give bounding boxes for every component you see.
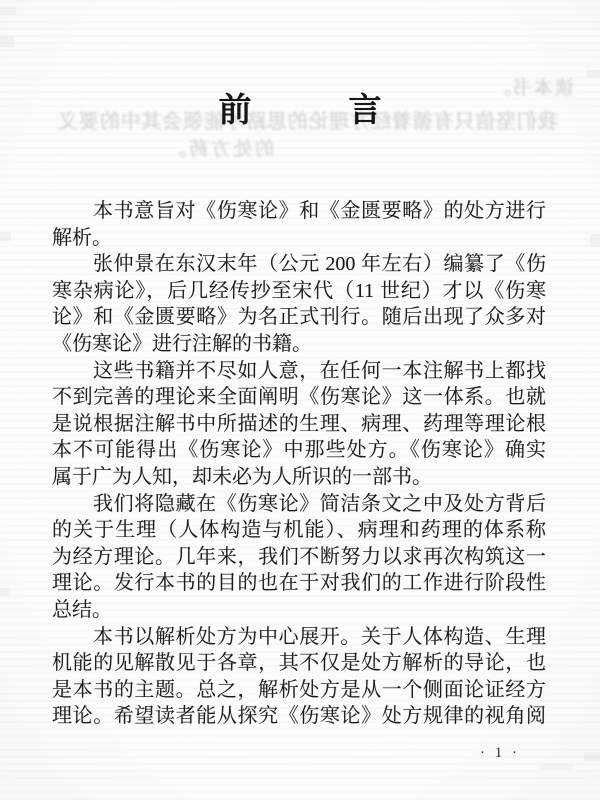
text-line: 理论。发行本书的目的也在于对我们的工作进行阶段性 [52, 570, 546, 597]
text-line: 机能的见解散见于各章，其不仅是处方解析的导论，也 [52, 650, 546, 677]
scan-artifact [0, 6, 16, 15]
text-line: 《伤寒论》进行注解的书籍。 [52, 331, 546, 358]
text-line: 不到完善的理论来全面阐明《伤寒论》这一体系。也就 [52, 384, 546, 411]
text-line: 本不可能得出《伤寒论》中那些处方。《伤寒论》确实 [52, 437, 546, 464]
text-line: 是本书的主题。总之，解析处方是从一个侧面论证经方 [52, 677, 546, 704]
text-line: 解析。 [52, 225, 546, 252]
title-char: 前 [219, 92, 252, 130]
page-number: · 1 · [480, 745, 520, 762]
text-line: 理论。希望读者能从探究《伤寒论》处方规律的视角阅 [52, 703, 546, 730]
text-line: 论》和《金匮要略》为名正式刊行。随后出现了众多对 [52, 304, 546, 331]
scan-artifact [584, 752, 600, 761]
text-line: 的关于生理（人体构造与机能）、病理和药理的体系称 [52, 517, 546, 544]
text-line: 属于广为人知，却未必为人所识的一部书。 [52, 464, 546, 491]
scan-artifact [0, 36, 14, 47]
scan-artifact [590, 234, 600, 247]
text-line: 张仲景在东汉末年（公元 200 年左右）编纂了《伤 [52, 251, 546, 278]
text-line: 寒杂病论》，后几经传抄至宋代（11 世纪）才以《伤寒 [52, 278, 546, 305]
text-line: 本书意旨对《伤寒论》和《金匮要略》的处方进行 [52, 198, 546, 225]
scan-artifact [586, 70, 600, 78]
bleedthrough-text: 的处方药。 [164, 134, 274, 161]
text-line: 为经方理论。几年来，我们不断努力以求再次构筑这一 [52, 544, 546, 571]
text-line: 本书以解析处方为中心展开。关于人体构造、生理 [52, 624, 546, 651]
scanned-book-page: 读本书。 我们坚信只有循着经方理论的思路才能领会其中的要义 的处方药。 前 言 … [0, 0, 600, 800]
preface-text: 本书意旨对《伤寒论》和《金匮要略》的处方进行 解析。 张仲景在东汉末年（公元 2… [52, 198, 546, 730]
text-line: 是说根据注解书中所描述的生理、病理、药理等理论根 [52, 411, 546, 438]
scan-artifact [540, 764, 574, 770]
scan-artifact [0, 232, 11, 241]
text-line: 我们将隐藏在《伤寒论》简洁条文之中及处方背后 [52, 491, 546, 518]
scan-artifact [0, 588, 9, 596]
text-line: 总结。 [52, 597, 546, 624]
page-title: 前 言 [0, 92, 600, 130]
text-line: 这些书籍并不尽如人意，在任何一本注解书上都找 [52, 358, 546, 385]
title-char: 言 [349, 92, 382, 130]
